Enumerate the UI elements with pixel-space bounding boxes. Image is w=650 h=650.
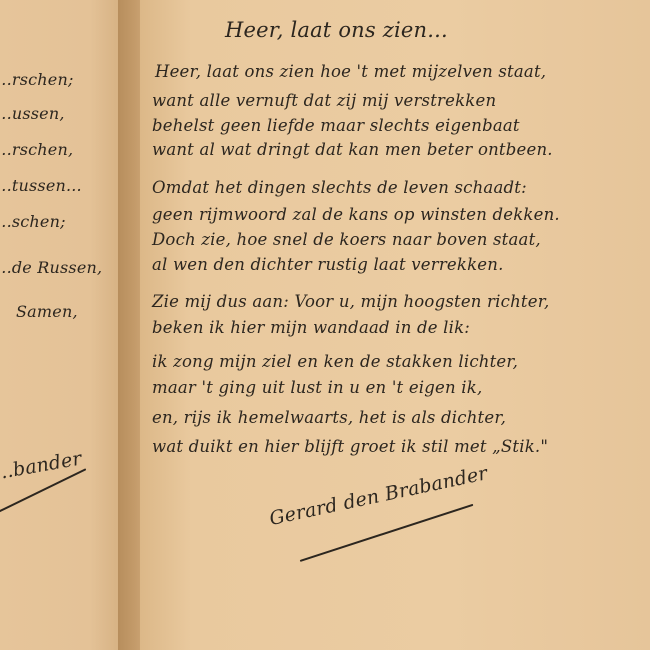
poem-line: wat duikt en hier blijft groet ik stil m… — [152, 437, 548, 456]
poem-line: Heer, laat ons zien hoe 't met mijzelven… — [155, 62, 546, 81]
poem-title: Heer, laat ons zien... — [225, 18, 448, 42]
left-line-7: Samen, — [16, 302, 78, 321]
poem-line: want alle vernuft dat zij mij verstrekke… — [152, 91, 496, 110]
left-line-6: ...de Russen, — [0, 258, 102, 277]
poem-line: en, rijs ik hemelwaarts, het is als dich… — [152, 408, 506, 427]
poem-line: al wen den dichter rustig laat verrekken… — [152, 255, 504, 274]
left-page — [0, 0, 128, 650]
poem-line: Omdat het dingen slechts de leven schaad… — [152, 178, 527, 197]
poem-line: maar 't ging uit lust in u en 't eigen i… — [152, 378, 482, 397]
left-line-3: ...rschen, — [0, 140, 73, 159]
left-line-5: ...schen; — [0, 212, 66, 231]
poem-line: want al wat dringt dat kan men beter ont… — [152, 140, 553, 159]
poem-line: ik zong mijn ziel en ken de stakken lich… — [152, 352, 518, 371]
poem-line: Doch zie, hoe snel de koers naar boven s… — [152, 230, 541, 249]
left-line-4: ...tussen... — [0, 176, 82, 195]
left-line-2: ...ussen, — [0, 104, 65, 123]
left-line-1: ...rschen; — [0, 70, 74, 89]
poem-line: behelst geen liefde maar slechts eigenba… — [152, 116, 520, 135]
poem-line: Zie mij dus aan: Voor u, mijn hoogsten r… — [152, 292, 549, 311]
poem-line: beken ik hier mijn wandaad in de lik: — [152, 318, 470, 337]
poem-line: geen rijmwoord zal de kans op winsten de… — [152, 205, 560, 224]
